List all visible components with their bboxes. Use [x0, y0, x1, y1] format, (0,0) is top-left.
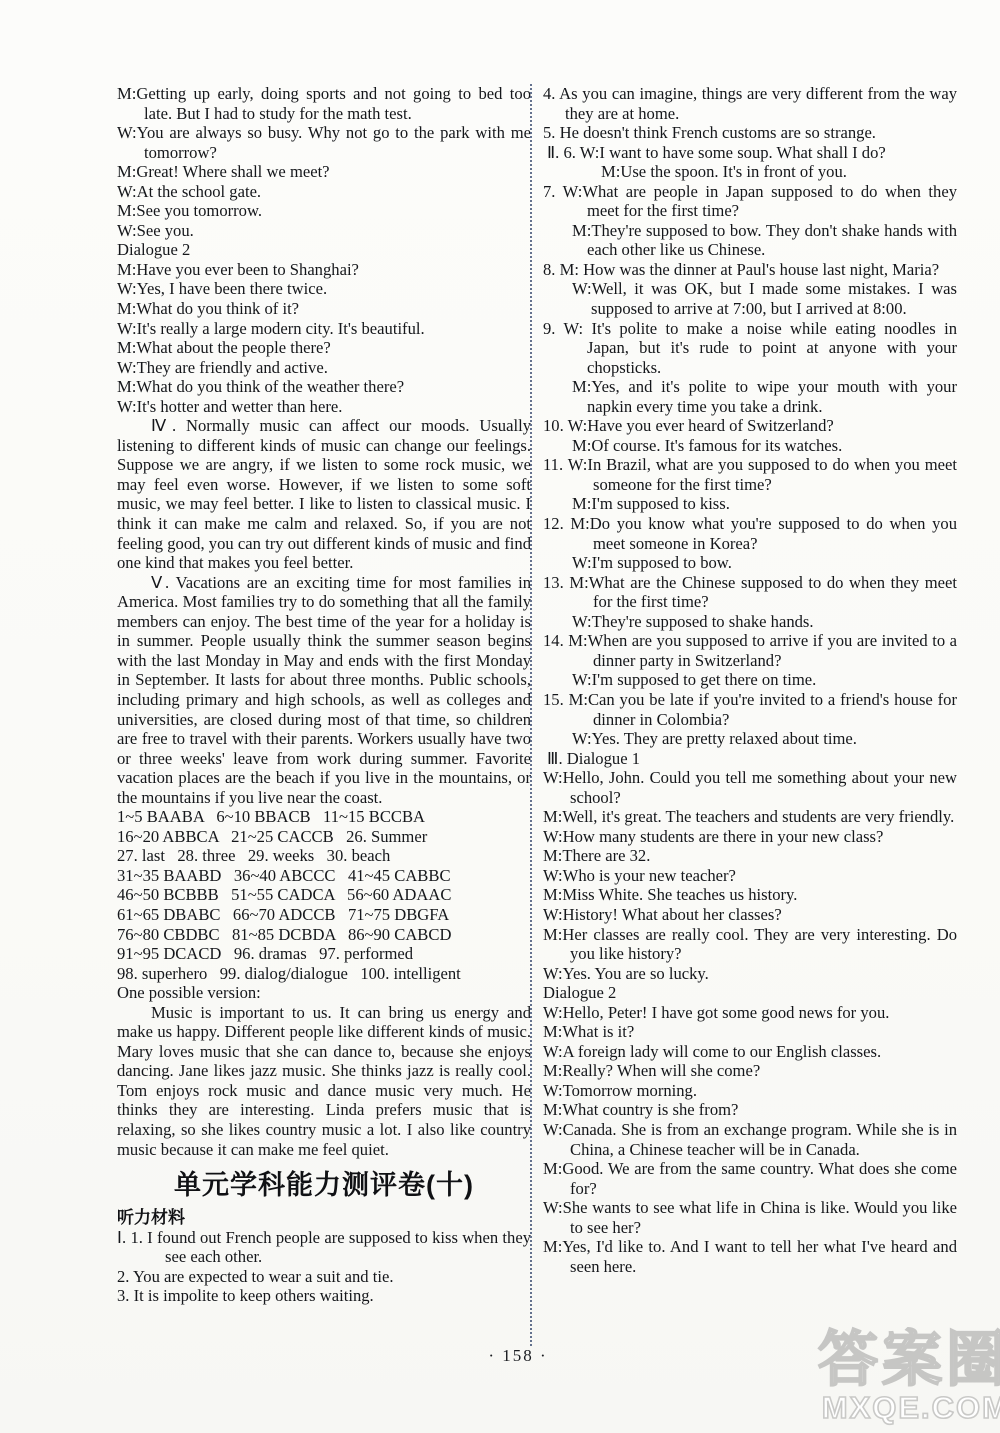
listening-materials-heading: 听力材料 [117, 1208, 531, 1228]
text-line: W:Hello, Peter! I have got some good new… [543, 1003, 957, 1023]
text-line: M:Her classes are really cool. They are … [543, 925, 957, 964]
text-line: W:I'm supposed to bow. [543, 553, 957, 573]
text-line: Ⅳ. Normally music can affect our moods. … [117, 416, 531, 572]
text-line: M:They're supposed to bow. They don't sh… [543, 221, 957, 260]
text-line: W:They're supposed to shake hands. [543, 612, 957, 632]
text-line: W:See you. [117, 221, 531, 241]
text-line: 46~50 BCBBB 51~55 CADCA 56~60 ADAAC [117, 885, 531, 905]
text-line: M:What country is she from? [543, 1100, 957, 1120]
text-line: 12. M:Do you know what you're supposed t… [543, 514, 957, 553]
right-column: 4. As you can imagine, things are very d… [543, 84, 957, 1276]
text-line: W:You are always so busy. Why not go to … [117, 123, 531, 162]
text-line: W:Yes. They are pretty relaxed about tim… [543, 729, 957, 749]
text-line: W:They are friendly and active. [117, 358, 531, 378]
text-line: W:I'm supposed to get there on time. [543, 670, 957, 690]
text-line: 13. M:What are the Chinese supposed to d… [543, 573, 957, 612]
text-line: 11. W:In Brazil, what are you supposed t… [543, 455, 957, 494]
text-line: W:Tomorrow morning. [543, 1081, 957, 1101]
text-line: Dialogue 2 [117, 240, 531, 260]
text-line: M:See you tomorrow. [117, 201, 531, 221]
text-line: M:There are 32. [543, 846, 957, 866]
text-line: 10. W:Have you ever heard of Switzerland… [543, 416, 957, 436]
text-line: 9. W: It's polite to make a noise while … [543, 319, 957, 378]
text-line: 8. M: How was the dinner at Paul's house… [543, 260, 957, 280]
text-line: M:What is it? [543, 1022, 957, 1042]
text-line: M:Good. We are from the same country. Wh… [543, 1159, 957, 1198]
text-line: M:Yes, and it's polite to wipe your mout… [543, 377, 957, 416]
text-line: Dialogue 2 [543, 983, 957, 1003]
text-line: W:At the school gate. [117, 182, 531, 202]
text-line: M:I'm supposed to kiss. [543, 494, 957, 514]
text-line: Ⅴ. Vacations are an exciting time for mo… [117, 573, 531, 808]
text-line: 1~5 BAABA 6~10 BBACB 11~15 BCCBA [117, 807, 531, 827]
text-line: Ⅲ. Dialogue 1 [543, 749, 957, 769]
text-line: Ⅱ. 6. W:I want to have some soup. What s… [543, 143, 957, 163]
text-line: W:It's hotter and wetter than here. [117, 397, 531, 417]
text-line: 5. He doesn't think French customs are s… [543, 123, 957, 143]
text-line: M:Great! Where shall we meet? [117, 162, 531, 182]
text-line: 3. It is impolite to keep others waiting… [117, 1286, 531, 1306]
text-line: 2. You are expected to wear a suit and t… [117, 1267, 531, 1287]
text-line: M:Really? When will she come? [543, 1061, 957, 1081]
text-line: M:Have you ever been to Shanghai? [117, 260, 531, 280]
text-line: M:Of course. It's famous for its watches… [543, 436, 957, 456]
text-line: M:What do you think of it? [117, 299, 531, 319]
watermark-site-text: MXQE.COM [818, 1391, 1000, 1425]
text-line: 98. superhero 99. dialog/dialogue 100. i… [117, 964, 531, 984]
text-line: 15. M:Can you be late if you're invited … [543, 690, 957, 729]
text-line: W:Hello, John. Could you tell me somethi… [543, 768, 957, 807]
text-line: 61~65 DBABC 66~70 ADCCB 71~75 DBGFA [117, 905, 531, 925]
text-line: Music is important to us. It can bring u… [117, 1003, 531, 1159]
text-line: M:Yes, I'd like to. And I want to tell h… [543, 1237, 957, 1276]
text-line: W:Well, it was OK, but I made some mista… [543, 279, 957, 318]
text-line: 91~95 DCACD 96. dramas 97. performed [117, 944, 531, 964]
text-line: W:How many students are there in your ne… [543, 827, 957, 847]
text-line: M:Well, it's great. The teachers and stu… [543, 807, 957, 827]
text-line: 76~80 CBDBC 81~85 DCBDA 86~90 CABCD [117, 925, 531, 945]
text-line: W:It's really a large modern city. It's … [117, 319, 531, 339]
text-line: M:What about the people there? [117, 338, 531, 358]
left-column: M:Getting up early, doing sports and not… [117, 84, 531, 1306]
text-line: W:Canada. She is from an exchange progra… [543, 1120, 957, 1159]
text-line: 27. last 28. three 29. weeks 30. beach [117, 846, 531, 866]
watermark: 答案圈 MXQE.COM [818, 1329, 1000, 1425]
text-line: W:She wants to see what life in China is… [543, 1198, 957, 1237]
text-line: 31~35 BAABD 36~40 ABCCC 41~45 CABBC [117, 866, 531, 886]
text-line: W:A foreign lady will come to our Englis… [543, 1042, 957, 1062]
text-line: 7. W:What are people in Japan supposed t… [543, 182, 957, 221]
text-line: M:Getting up early, doing sports and not… [117, 84, 531, 123]
text-line: 16~20 ABBCA 21~25 CACCB 26. Summer [117, 827, 531, 847]
text-line: 4. As you can imagine, things are very d… [543, 84, 957, 123]
page-number: · 158 · [0, 1346, 1000, 1366]
scanned-answer-page: M:Getting up early, doing sports and not… [0, 0, 1000, 1433]
text-line: 14. M:When are you supposed to arrive if… [543, 631, 957, 670]
section-title: 单元学科能力测评卷(十) [117, 1169, 531, 1201]
text-line: M:Use the spoon. It's in front of you. [543, 162, 957, 182]
text-line: W:Who is your new teacher? [543, 866, 957, 886]
column-divider [530, 84, 532, 1346]
text-line: W:History! What about her classes? [543, 905, 957, 925]
text-line: W:Yes, I have been there twice. [117, 279, 531, 299]
text-line: M:What do you think of the weather there… [117, 377, 531, 397]
text-line: M:Miss White. She teaches us history. [543, 885, 957, 905]
text-line: W:Yes. You are so lucky. [543, 964, 957, 984]
text-line: Ⅰ. 1. I found out French people are supp… [117, 1228, 531, 1267]
text-line: One possible version: [117, 983, 531, 1003]
